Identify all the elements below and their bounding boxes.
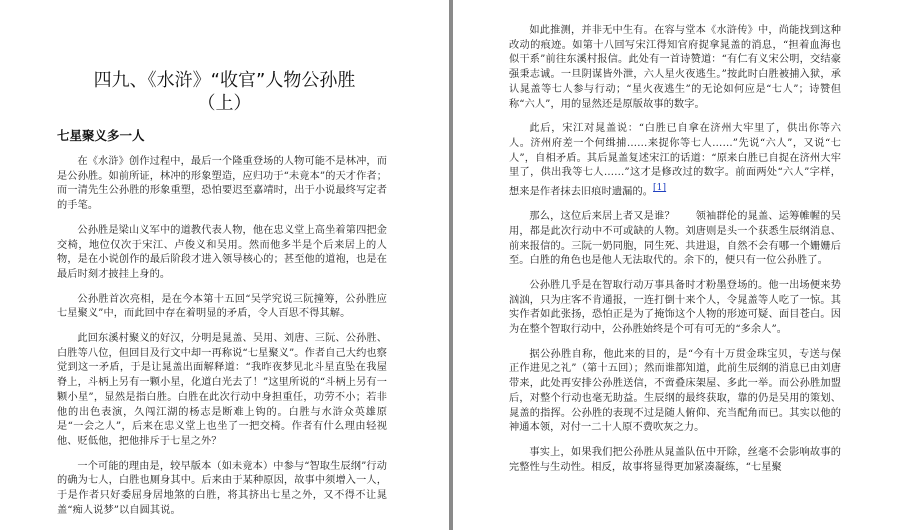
chapter-title: 四九、《水浒》“收官”人物公孙胜 <box>0 70 449 92</box>
left-page: 四九、《水浒》“收官”人物公孙胜 （上） 七星聚义多一人 在《水浒》创作过程中，… <box>0 0 449 530</box>
paragraph: 据公孙胜自称，他此来的目的，是“今有十万贯金珠宝贝，专送与保正作进见之礼”（第十… <box>509 348 841 436</box>
section-heading: 七星聚义多一人 <box>57 126 145 144</box>
paragraph: 一个可能的理由是，较早版本（如未竟本）中参与“智取生辰纲”行动的确为七人，白胜也… <box>57 460 387 519</box>
paragraph: 公孙胜首次亮相，是在今本第十五回“吴学究说三阮撞筹，公孙胜应七星聚义”中，而此回… <box>57 293 387 322</box>
paragraph: 公孙胜几乎是在智取行动万事具备时才粉墨登场的。他一出场便来势汹汹，只为庄客不肯通… <box>509 279 841 338</box>
footnote-link[interactable]: [1] <box>653 183 666 193</box>
left-body: 在《水浒》创作过程中，最后一个隆重登场的人物可能不是林冲，而是公孙胜。如前所证，… <box>57 155 387 528</box>
paragraph: 事实上，如果我们把公孙胜从晁盖队伍中开除，丝毫不会影响故事的完整性与生动性。相反… <box>509 446 841 475</box>
chapter-subtitle: （上） <box>0 93 449 115</box>
paragraph-text: 此后，宋江对晁盖说：“白胜已自拿在济州大牢里了，供出你等六人。济州府差一个何缉捕… <box>509 123 841 197</box>
paragraph: 公孙胜是梁山义军中的道教代表人物，他在忠义堂上高坐着第四把金交椅，地位仅次于宋江… <box>57 224 387 283</box>
paragraph: 在《水浒》创作过程中，最后一个隆重登场的人物可能不是林冲，而是公孙胜。如前所证，… <box>57 155 387 214</box>
right-body: 如此推测，并非无中生有。在容与堂本《水浒传》中，尚能找到这种改动的痕迹。如第十八… <box>509 24 841 485</box>
paragraph: 如此推测，并非无中生有。在容与堂本《水浒传》中，尚能找到这种改动的痕迹。如第十八… <box>509 24 841 112</box>
paragraph: 此回东溪村聚义的好汉，分明是晁盖、吴用、刘唐、三阮、公孙胜、白胜等八位，但回目及… <box>57 332 387 450</box>
paragraph: 那么，这位后来居上者又是谁？ 领袖群伦的晁盖、运筹帷幄的吴用，都是此次行动中不可… <box>509 210 841 269</box>
paragraph: 此后，宋江对晁盖说：“白胜已自拿在济州大牢里了，供出你等六人。济州府差一个何缉捕… <box>509 122 841 200</box>
